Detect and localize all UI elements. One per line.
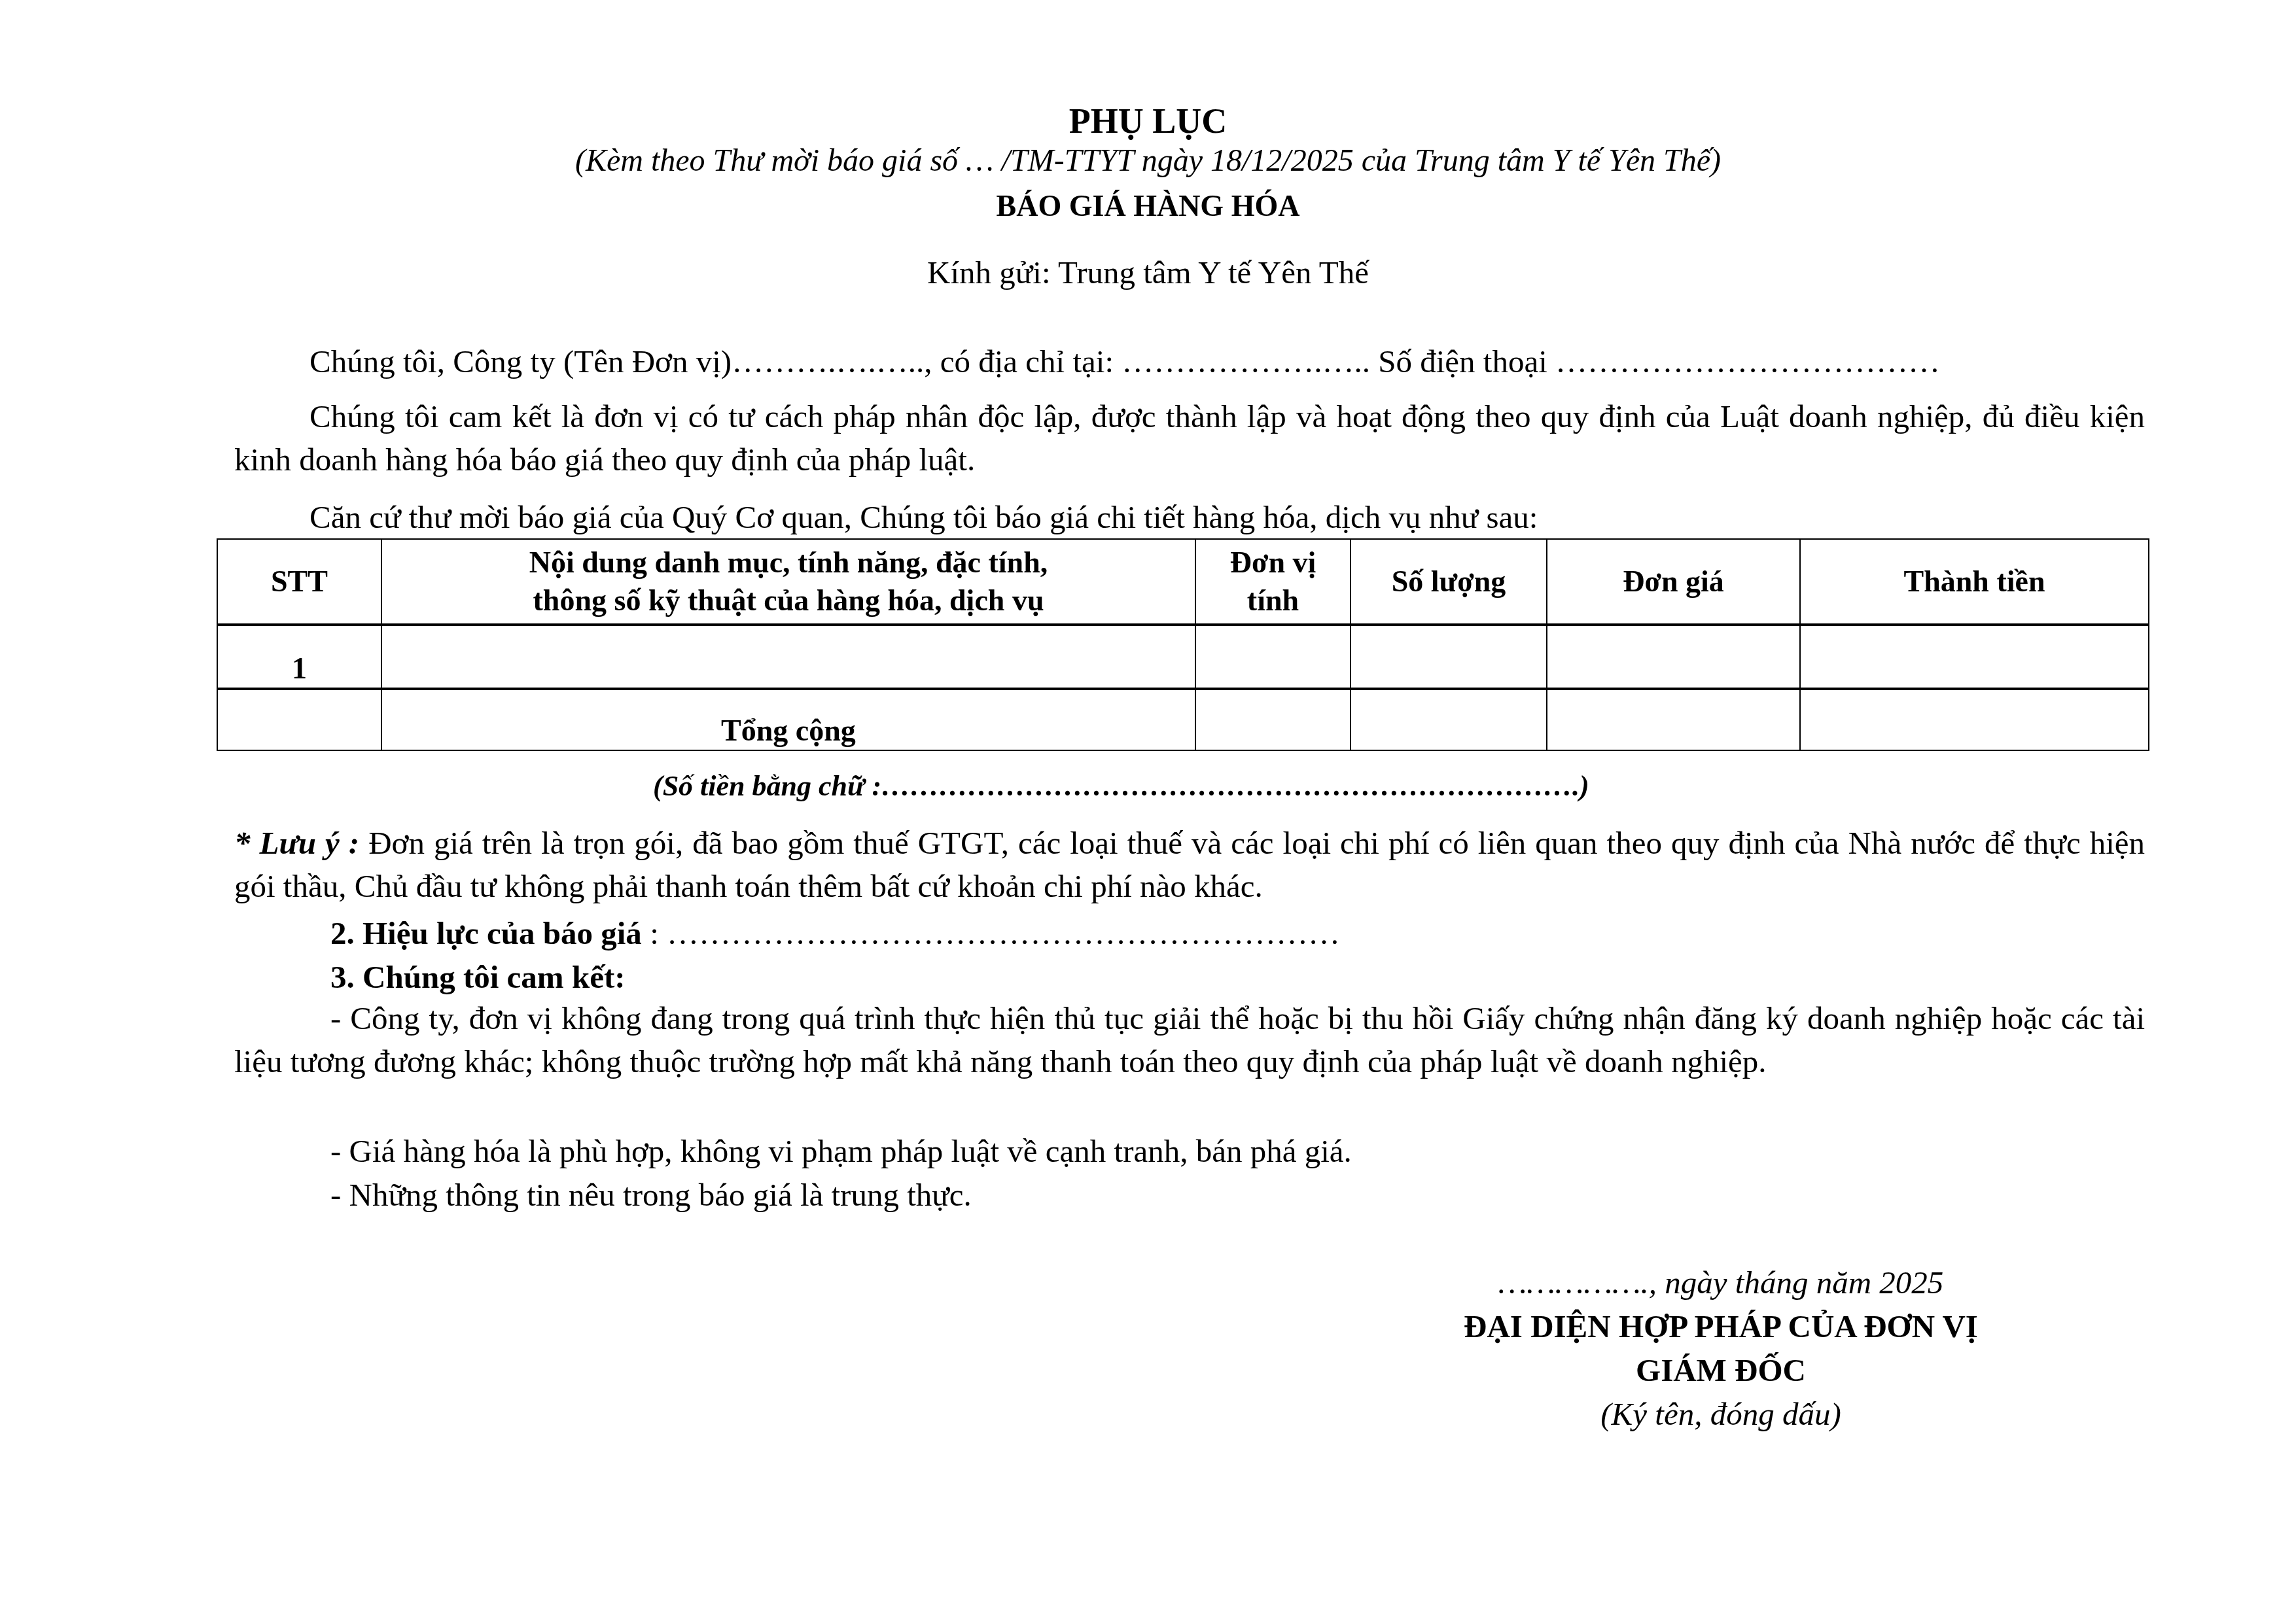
column-header-quantity: Số lượng [1351,539,1547,625]
table-row: 1 [217,625,2149,689]
commitment-item-1: - Công ty, đơn vị không đang trong quá t… [234,997,2145,1083]
quote-table: STT Nội dung danh mục, tính năng, đặc tí… [217,538,2149,751]
table-header-row: STT Nội dung danh mục, tính năng, đặc tí… [217,539,2149,625]
addressee: Kính gửi: Trung tâm Y tế Yên Thế [0,256,2296,288]
signature-instruction: (Ký tên, đóng dấu) [1368,1398,2074,1430]
column-header-description: Nội dung danh mục, tính năng, đặc tính, … [381,539,1195,625]
total-label: Tổng cộng [381,689,1195,750]
document-title: BÁO GIÁ HÀNG HÓA [0,191,2296,221]
cell-stt: 1 [217,625,381,689]
cell-amount[interactable] [1800,625,2149,689]
company-info-line: Chúng tôi, Công ty (Tên Đơn vị)……….….…..… [309,345,1940,377]
page-title: PHỤ LỤC [0,103,2296,139]
total-cell-quantity[interactable] [1351,689,1547,750]
commitment-paragraph: Chúng tôi cam kết là đơn vị có tư cách p… [234,395,2145,481]
total-cell-unit[interactable] [1195,689,1351,750]
total-cell-unit-price[interactable] [1547,689,1800,750]
column-header-description-line2: thông số kỹ thuật của hàng hóa, dịch vụ [382,582,1195,620]
amount-in-words: (Số tiền bằng chữ :………………………………………………………… [653,772,1589,801]
note-text: Đơn giá trên là trọn gói, đã bao gồm thu… [234,825,2145,904]
column-header-unit: Đơn vị tính [1195,539,1351,625]
cell-unit-price[interactable] [1547,625,1800,689]
column-header-unit-line1: Đơn vị [1196,544,1350,582]
column-header-description-line1: Nội dung danh mục, tính năng, đặc tính, [382,544,1195,582]
cell-description[interactable] [381,625,1195,689]
column-header-unit-line2: tính [1196,582,1350,620]
cell-unit[interactable] [1195,625,1351,689]
signature-date-line: ……………., ngày tháng năm 2025 [1368,1266,2074,1299]
validity-label: 2. Hiệu lực của báo giá [330,915,642,951]
note-label: * Lưu ý : [234,825,359,861]
commitment-item-3: - Những thông tin nêu trong báo giá là t… [330,1179,972,1211]
total-cell-stt [217,689,381,750]
cell-quantity[interactable] [1351,625,1547,689]
commitment-item-2: - Giá hàng hóa là phù hợp, không vi phạm… [330,1135,1352,1167]
page-subtitle: (Kèm theo Thư mời báo giá số … /TM-TTYT … [0,145,2296,177]
total-cell-amount[interactable] [1800,689,2149,750]
column-header-unit-price: Đơn giá [1547,539,1800,625]
signature-representative: ĐẠI DIỆN HỢP PHÁP CỦA ĐƠN VỊ [1368,1310,2074,1342]
column-header-stt: STT [217,539,381,625]
signature-position: GIÁM ĐỐC [1368,1354,2074,1386]
column-header-amount: Thành tiền [1800,539,2149,625]
validity-value: : ……………………………………………………… [642,915,1340,951]
total-row: Tổng cộng [217,689,2149,750]
note-paragraph: * Lưu ý : Đơn giá trên là trọn gói, đã b… [234,822,2145,908]
basis-paragraph: Căn cứ thư mời báo giá của Quý Cơ quan, … [309,501,1538,533]
commitments-heading: 3. Chúng tôi cam kết: [330,961,626,993]
validity-line: 2. Hiệu lực của báo giá : ……………………………………… [330,917,1340,949]
